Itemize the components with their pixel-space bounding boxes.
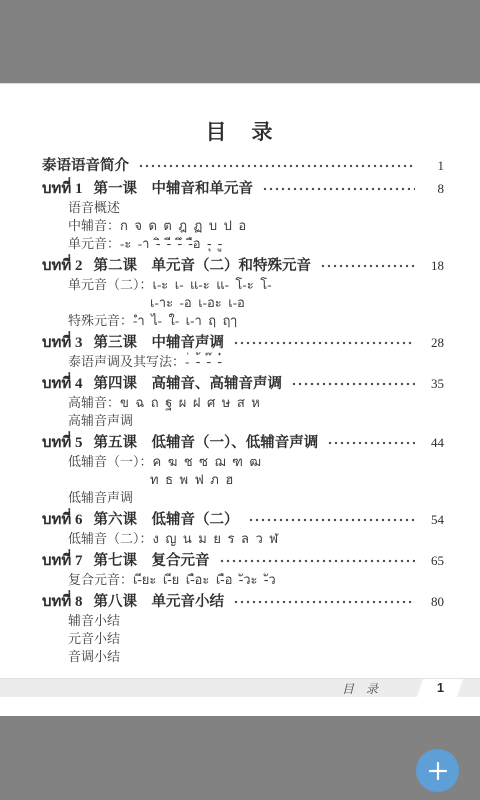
toc-chapter-entry[interactable]: บทที่ 8 第八课 单元音小结 80 bbox=[42, 592, 444, 612]
dotted-leader bbox=[327, 437, 415, 449]
sub-entry-text: 特殊元音：-ำ ไ- ใ- เ-า ฤ ฤๅ bbox=[68, 312, 237, 330]
dotted-leader bbox=[233, 337, 415, 349]
chapter-title: 第七课 复合元音 bbox=[94, 551, 210, 571]
chapter-title: 第二课 单元音（二）和特殊元音 bbox=[94, 256, 312, 276]
footer-section-label: 目 录 bbox=[342, 680, 378, 697]
toc-chapter-entry[interactable]: บทที่ 6 第六课 低辅音（二） 54 bbox=[42, 510, 444, 530]
chapter-title: 泰语语音简介 bbox=[42, 156, 129, 176]
toc-sub-entry: 泰语声调及其写法：-่ -้ -๊ -๋ bbox=[42, 353, 444, 371]
toc-sub-entry: 复合元音：เ-ียะ เ-ีย เ-ือะ เ-ือ -ัวะ -ัว bbox=[42, 571, 444, 589]
chapter-page-number: 65 bbox=[422, 551, 444, 571]
toc-sub-entry: 元音小结 bbox=[42, 630, 444, 648]
sub-entry-text: 音调小结 bbox=[68, 648, 120, 666]
page-title: 目 录 bbox=[0, 84, 480, 146]
sub-entry-text: 低辅音声调 bbox=[68, 489, 133, 507]
chapter-page-number: 28 bbox=[422, 333, 444, 353]
chapter-thai-label: บทที่ 2 bbox=[42, 256, 83, 276]
toc-sub-entry-continuation: ท ธ พ ฟ ภ ฮ bbox=[42, 471, 444, 489]
chapter-page-number: 80 bbox=[422, 592, 444, 612]
toc-chapter-entry[interactable]: บทที่ 4 第四课 高辅音、高辅音声调 35 bbox=[42, 374, 444, 394]
toc-sub-entry: 高辅音声调 bbox=[42, 412, 444, 430]
sub-entry-text: 低辅音（一）：ค ฆ ช ซ ฌ ฑ ฒ bbox=[68, 453, 261, 471]
chapter-title: 第一课 中辅音和单元音 bbox=[94, 179, 254, 199]
toc-chapter-entry[interactable]: บทที่ 5 第五课 低辅音（一）、低辅音声调 44 bbox=[42, 433, 444, 453]
chapter-title: 第六课 低辅音（二） bbox=[94, 510, 239, 530]
chapter-title: 第八课 单元音小结 bbox=[94, 592, 225, 612]
page-number-tab: 1 bbox=[417, 679, 464, 697]
toc-sub-entry: 语音概述 bbox=[42, 199, 444, 217]
sub-entry-text: 辅音小结 bbox=[68, 612, 120, 630]
toc-sub-entry: 低辅音声调 bbox=[42, 489, 444, 507]
toc-sub-entry: 低辅音（二）：ง ญ น ม ย ร ล ว ฬ bbox=[42, 530, 444, 548]
sub-entry-text: 泰语声调及其写法：-่ -้ -๊ -๋ bbox=[68, 353, 222, 371]
chapter-thai-label: บทที่ 6 bbox=[42, 510, 83, 530]
chapter-thai-label: บทที่ 1 bbox=[42, 179, 83, 199]
sub-entry-text: 语音概述 bbox=[68, 199, 120, 217]
chapter-title: 第四课 高辅音、高辅音声调 bbox=[94, 374, 283, 394]
toc-chapter-entry[interactable]: บทที่ 1 第一课 中辅音和单元音 8 bbox=[42, 179, 444, 199]
plus-icon bbox=[427, 760, 449, 782]
toc-sub-entry: 高辅音：ข ฉ ถ ฐ ผ ฝ ศ ษ ส ห bbox=[42, 394, 444, 412]
page-footer-strip: 目 录 1 bbox=[0, 678, 480, 697]
dotted-leader bbox=[138, 160, 415, 172]
dotted-leader bbox=[291, 378, 415, 390]
chapter-thai-label: บทที่ 7 bbox=[42, 551, 83, 571]
toc-sub-entry: 单元音（二）：เ-ะ เ- แ-ะ แ- โ-ะ โ- bbox=[42, 276, 444, 294]
sub-entry-text: 单元音：-ะ -า -ิ -ี -ึ -ือ -ุ -ู bbox=[68, 235, 222, 253]
sub-entry-text: 中辅音：ก จ ด ต ฎ ฏ บ ป อ bbox=[68, 217, 246, 235]
toc-sub-entry: 单元音：-ะ -า -ิ -ี -ึ -ือ -ุ -ู bbox=[42, 235, 444, 253]
bottom-chrome-bar bbox=[0, 716, 480, 800]
toc-chapter-entry[interactable]: 泰语语音简介 1 bbox=[42, 156, 444, 176]
toc-sub-entry: 辅音小结 bbox=[42, 612, 444, 630]
book-page: 目 录 泰语语音简介 1 บทที่ 1 第一课 中辅音和单元音 8 语音概述 … bbox=[0, 84, 480, 716]
chapter-thai-label: บทที่ 5 bbox=[42, 433, 83, 453]
chapter-title: 第五课 低辅音（一）、低辅音声调 bbox=[94, 433, 319, 453]
toc-chapter-entry[interactable]: บทที่ 3 第三课 中辅音声调 28 bbox=[42, 333, 444, 353]
top-chrome-bar bbox=[0, 0, 480, 84]
sub-entry-text: 高辅音：ข ฉ ถ ฐ ผ ฝ ศ ษ ส ห bbox=[68, 394, 260, 412]
toc-chapter-entry[interactable]: บทที่ 2 第二课 单元音（二）和特殊元音 18 bbox=[42, 256, 444, 276]
dotted-leader bbox=[320, 260, 415, 272]
chapter-thai-label: บทที่ 3 bbox=[42, 333, 83, 353]
dotted-leader bbox=[248, 514, 415, 526]
chapter-thai-label: บทที่ 4 bbox=[42, 374, 83, 394]
chapter-page-number: 44 bbox=[422, 433, 444, 453]
chapter-thai-label: บทที่ 8 bbox=[42, 592, 83, 612]
chapter-page-number: 8 bbox=[422, 179, 444, 199]
toc-sub-entry: 低辅音（一）：ค ฆ ช ซ ฌ ฑ ฒ bbox=[42, 453, 444, 471]
toc-sub-entry: 音调小结 bbox=[42, 648, 444, 666]
sub-entry-text: ท ธ พ ฟ ภ ฮ bbox=[150, 471, 233, 489]
chapter-page-number: 18 bbox=[422, 256, 444, 276]
sub-entry-text: 高辅音声调 bbox=[68, 412, 133, 430]
dotted-leader bbox=[233, 596, 415, 608]
sub-entry-text: เ-าะ -อ เ-อะ เ-อ bbox=[150, 294, 245, 312]
sub-entry-text: 低辅音（二）：ง ญ น ม ย ร ล ว ฬ bbox=[68, 530, 278, 548]
dotted-leader bbox=[262, 183, 415, 195]
sub-entry-text: 单元音（二）：เ-ะ เ- แ-ะ แ- โ-ะ โ- bbox=[68, 276, 272, 294]
toc-sub-entry: 中辅音：ก จ ด ต ฎ ฏ บ ป อ bbox=[42, 217, 444, 235]
chapter-page-number: 54 bbox=[422, 510, 444, 530]
toc-chapter-entry[interactable]: บทที่ 7 第七课 复合元音 65 bbox=[42, 551, 444, 571]
sub-entry-text: 元音小结 bbox=[68, 630, 120, 648]
chapter-page-number: 1 bbox=[422, 156, 444, 176]
dotted-leader bbox=[219, 555, 415, 567]
toc-sub-entry: 特殊元音：-ำ ไ- ใ- เ-า ฤ ฤๅ bbox=[42, 312, 444, 330]
toc-sub-entry-continuation: เ-าะ -อ เ-อะ เ-อ bbox=[42, 294, 444, 312]
sub-entry-text: 复合元音：เ-ียะ เ-ีย เ-ือะ เ-ือ -ัวะ -ัว bbox=[68, 571, 276, 589]
page-number: 1 bbox=[437, 681, 444, 695]
chapter-title: 第三课 中辅音声调 bbox=[94, 333, 225, 353]
chapter-page-number: 35 bbox=[422, 374, 444, 394]
add-fab-button[interactable] bbox=[416, 749, 459, 792]
reader-screen: 目 录 泰语语音简介 1 บทที่ 1 第一课 中辅音和单元音 8 语音概述 … bbox=[0, 0, 480, 800]
table-of-contents: 泰语语音简介 1 บทที่ 1 第一课 中辅音和单元音 8 语音概述 中辅音：… bbox=[0, 156, 480, 666]
